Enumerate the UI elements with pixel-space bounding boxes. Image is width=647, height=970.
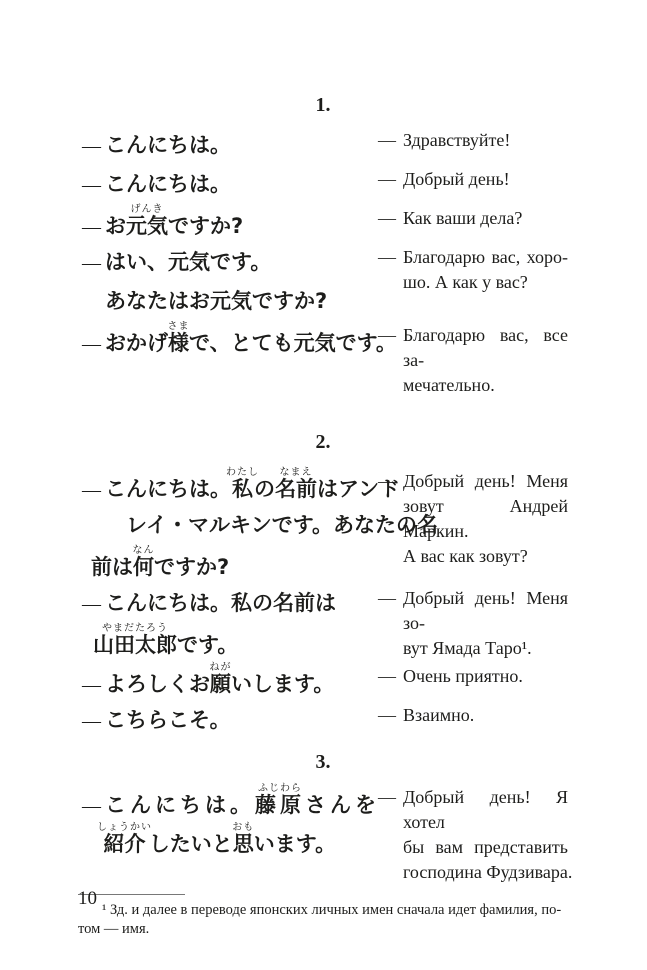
furigana: やまだたろう xyxy=(93,623,177,634)
russian-line: Добрый день! Меня xyxy=(403,469,568,494)
russian-line: шо. А как у вас? xyxy=(403,270,568,295)
kanji-with-furigana: 願ねが xyxy=(210,672,231,696)
footnote-line: том — имя. xyxy=(78,920,568,939)
kanji-with-furigana: 様さま xyxy=(168,331,189,355)
dialogue-exchange: —こんにちは。藤原ふじわらさんを紹介しょうかいしたいと思おもいます。—Добры… xyxy=(78,783,568,885)
em-dash: — xyxy=(376,664,403,689)
em-dash: — xyxy=(376,586,403,661)
russian-line: Здравствуйте! xyxy=(403,128,568,153)
russian-line: А вас как зовут? xyxy=(403,544,568,569)
russian-column: —Как ваши дела? xyxy=(376,204,568,231)
russian-lines: Здравствуйте! xyxy=(403,128,568,153)
japanese-line: —おかげ様さまで、とても元気です。 xyxy=(78,321,376,360)
dialogues-content: 1.—こんにちは。—Здравствуйте!—こんにちは。—Добрый де… xyxy=(78,92,568,939)
russian-lines: Как ваши дела? xyxy=(403,206,568,231)
japanese-line: レイ・マルキンです。あなたの名 xyxy=(78,506,376,545)
japanese-text: の xyxy=(254,477,275,501)
russian-lines: Благодарю вас, все за-мечательно. xyxy=(403,323,568,398)
russian-column: —Очень приятно. xyxy=(376,662,568,689)
kanji-with-furigana: 私わたし xyxy=(231,477,254,501)
japanese-line: 前は何なんですか? xyxy=(78,545,376,584)
em-dash: — xyxy=(376,323,403,398)
footnote-line: ¹ Зд. и далее в переводе японских личных… xyxy=(78,901,568,920)
footnote-text: ¹ Зд. и далее в переводе японских личных… xyxy=(78,901,568,939)
furigana: ねが xyxy=(210,662,232,673)
japanese-column: —こちらこそ。 xyxy=(78,701,376,740)
dialogue-exchange: —おかげ様さまで、とても元気です。—Благодарю вас, все за-… xyxy=(78,321,568,398)
russian-column: —Взаимно. xyxy=(376,701,568,728)
em-dash: — xyxy=(376,128,403,153)
russian-column: —Добрый день! Менязовут Андрей Маркин.А … xyxy=(376,467,568,569)
japanese-column: —こんにちは。私の名前は山田太郎やまだたろうです。 xyxy=(78,584,376,662)
em-dash: — xyxy=(82,127,105,166)
japanese-text: こちらこそ。 xyxy=(105,708,231,732)
japanese-text: いします。 xyxy=(231,672,334,696)
russian-lines: Добрый день! xyxy=(403,167,568,192)
em-dash: — xyxy=(82,471,105,510)
em-dash: — xyxy=(82,325,105,364)
japanese-text: で、とても元気です。 xyxy=(189,331,397,355)
dialogue-exchange: —お元気げんきですか?—Как ваши дела? xyxy=(78,204,568,243)
russian-column: —Добрый день! Меня зо-вут Ямада Таро¹. xyxy=(376,584,568,661)
em-dash: — xyxy=(82,666,105,705)
russian-line: бы вам представить xyxy=(403,835,568,860)
kanji-with-furigana: 思おも xyxy=(233,832,254,856)
em-dash: — xyxy=(376,703,403,728)
japanese-text: したいと xyxy=(149,832,233,856)
russian-lines: Добрый день! Менязовут Андрей Маркин.А в… xyxy=(403,469,568,569)
japanese-line: —はい、元気です。 xyxy=(78,243,376,282)
russian-line: Взаимно. xyxy=(403,703,568,728)
furigana: げんき xyxy=(126,204,168,215)
furigana: さま xyxy=(168,321,190,332)
em-dash: — xyxy=(82,787,105,826)
japanese-line: —こんにちは。私わたしの名前なまえはアンド xyxy=(78,467,376,506)
japanese-text: こんにちは。 xyxy=(105,133,231,157)
japanese-text: あなたはお元気ですか? xyxy=(105,289,327,313)
japanese-text: お xyxy=(105,214,126,238)
kanji-with-furigana: 元気げんき xyxy=(126,214,168,238)
japanese-column: —おかげ様さまで、とても元気です。 xyxy=(78,321,376,360)
em-dash: — xyxy=(376,206,403,231)
furigana: ふじわら xyxy=(255,783,305,794)
russian-column: —Благодарю вас, хоро-шо. А как у вас? xyxy=(376,243,568,295)
dialogue-exchange: —こちらこそ。—Взаимно. xyxy=(78,701,568,740)
dialogue-section: 2.—こんにちは。私わたしの名前なまえはアンドレイ・マルキンです。あなたの名前は… xyxy=(78,429,568,740)
japanese-text: こんにちは。 xyxy=(105,172,231,196)
furigana: おも xyxy=(232,822,254,833)
dialogue-exchange: —こんにちは。—Здравствуйте! xyxy=(78,126,568,165)
section-number: 2. xyxy=(78,429,568,455)
russian-line: господина Фудзивара. xyxy=(403,860,568,885)
japanese-text: ですか? xyxy=(154,555,229,579)
russian-line: вут Ямада Таро¹. xyxy=(403,636,568,661)
japanese-line: —こんにちは。藤原ふじわらさんを xyxy=(78,783,376,822)
japanese-text: こんにちは。 xyxy=(105,793,255,817)
japanese-column: —よろしくお願ねがいします。 xyxy=(78,662,376,701)
kanji-with-furigana: 藤原ふじわら xyxy=(255,793,305,817)
furigana: しょうかい xyxy=(97,822,152,833)
japanese-line: —お元気げんきですか? xyxy=(78,204,376,243)
japanese-text: おかげ xyxy=(105,331,168,355)
em-dash: — xyxy=(376,469,403,569)
japanese-line: —こんにちは。私の名前は xyxy=(78,584,376,623)
japanese-text: さんを xyxy=(305,793,380,817)
japanese-text: です。 xyxy=(177,633,238,657)
russian-line: Добрый день! xyxy=(403,167,568,192)
japanese-line: —こちらこそ。 xyxy=(78,701,376,740)
russian-line: Как ваши дела? xyxy=(403,206,568,231)
russian-lines: Благодарю вас, хоро-шо. А как у вас? xyxy=(403,245,568,295)
japanese-text: よろしくお xyxy=(105,672,210,696)
japanese-line: あなたはお元気ですか? xyxy=(78,282,376,321)
russian-line: Очень приятно. xyxy=(403,664,568,689)
dialogue-exchange: —こんにちは。私わたしの名前なまえはアンドレイ・マルキンです。あなたの名前は何な… xyxy=(78,467,568,584)
russian-line: мечательно. xyxy=(403,373,568,398)
japanese-column: —こんにちは。私わたしの名前なまえはアンドレイ・マルキンです。あなたの名前は何な… xyxy=(78,467,376,584)
dialogue-exchange: —よろしくお願ねがいします。—Очень приятно. xyxy=(78,662,568,701)
furigana: なん xyxy=(133,545,155,556)
furigana: なまえ xyxy=(275,467,317,478)
furigana: わたし xyxy=(226,467,259,478)
japanese-column: —こんにちは。藤原ふじわらさんを紹介しょうかいしたいと思おもいます。 xyxy=(78,783,376,861)
russian-line: Добрый день! Я хотел xyxy=(403,785,568,835)
japanese-line: —こんにちは。 xyxy=(78,126,376,165)
em-dash: — xyxy=(82,702,105,741)
em-dash: — xyxy=(376,167,403,192)
em-dash: — xyxy=(376,245,403,295)
em-dash: — xyxy=(82,208,105,247)
japanese-column: —こんにちは。 xyxy=(78,165,376,204)
japanese-line: 紹介しょうかいしたいと思おもいます。 xyxy=(78,822,376,861)
footnote: ¹ Зд. и далее в переводе японских личных… xyxy=(78,894,568,939)
page-number: 10 xyxy=(78,888,97,910)
section-number: 3. xyxy=(78,749,568,775)
russian-column: —Благодарю вас, все за-мечательно. xyxy=(376,321,568,398)
kanji-with-furigana: 名前なまえ xyxy=(275,477,317,501)
dialogue-exchange: —はい、元気です。あなたはお元気ですか?—Благодарю вас, хоро… xyxy=(78,243,568,321)
japanese-text: はい、元気です。 xyxy=(105,250,271,274)
japanese-line: —こんにちは。 xyxy=(78,165,376,204)
japanese-text: こんにちは。 xyxy=(105,477,231,501)
russian-lines: Взаимно. xyxy=(403,703,568,728)
sections-container: 1.—こんにちは。—Здравствуйте!—こんにちは。—Добрый де… xyxy=(78,92,568,885)
dialogue-section: 1.—こんにちは。—Здравствуйте!—こんにちは。—Добрый де… xyxy=(78,92,568,398)
japanese-text: 前は xyxy=(91,555,133,579)
japanese-text: います。 xyxy=(254,832,336,856)
russian-line: Благодарю вас, хоро- xyxy=(403,245,568,270)
russian-lines: Добрый день! Меня зо-вут Ямада Таро¹. xyxy=(403,586,568,661)
russian-column: —Добрый день! xyxy=(376,165,568,192)
russian-lines: Добрый день! Я хотелбы вам представитьго… xyxy=(403,785,568,885)
em-dash: — xyxy=(82,166,105,205)
dialogue-section: 3.—こんにちは。藤原ふじわらさんを紹介しょうかいしたいと思おもいます。—Доб… xyxy=(78,749,568,885)
russian-line: Благодарю вас, все за- xyxy=(403,323,568,373)
russian-line: зовут Андрей Маркин. xyxy=(403,494,568,544)
em-dash: — xyxy=(82,244,105,283)
dialogue-exchange: —こんにちは。私の名前は山田太郎やまだたろうです。—Добрый день! М… xyxy=(78,584,568,662)
em-dash: — xyxy=(82,585,105,624)
dialogue-exchange: —こんにちは。—Добрый день! xyxy=(78,165,568,204)
em-dash: — xyxy=(376,785,403,885)
kanji-with-furigana: 何なん xyxy=(133,555,154,579)
japanese-column: —はい、元気です。あなたはお元気ですか? xyxy=(78,243,376,321)
russian-lines: Очень приятно. xyxy=(403,664,568,689)
japanese-line: —よろしくお願ねがいします。 xyxy=(78,662,376,701)
kanji-with-furigana: 山田太郎やまだたろう xyxy=(93,633,177,657)
japanese-column: —こんにちは。 xyxy=(78,126,376,165)
russian-column: —Добрый день! Я хотелбы вам представитьг… xyxy=(376,783,568,885)
russian-line: Добрый день! Меня зо- xyxy=(403,586,568,636)
kanji-with-furigana: 紹介しょうかい xyxy=(97,832,149,856)
russian-column: —Здравствуйте! xyxy=(376,126,568,153)
japanese-text: こんにちは。私の名前は xyxy=(105,591,336,615)
japanese-text: ですか? xyxy=(168,214,243,238)
japanese-column: —お元気げんきですか? xyxy=(78,204,376,243)
book-page: 1.—こんにちは。—Здравствуйте!—こんにちは。—Добрый де… xyxy=(0,0,647,970)
section-number: 1. xyxy=(78,92,568,118)
japanese-line: 山田太郎やまだたろうです。 xyxy=(78,623,376,662)
